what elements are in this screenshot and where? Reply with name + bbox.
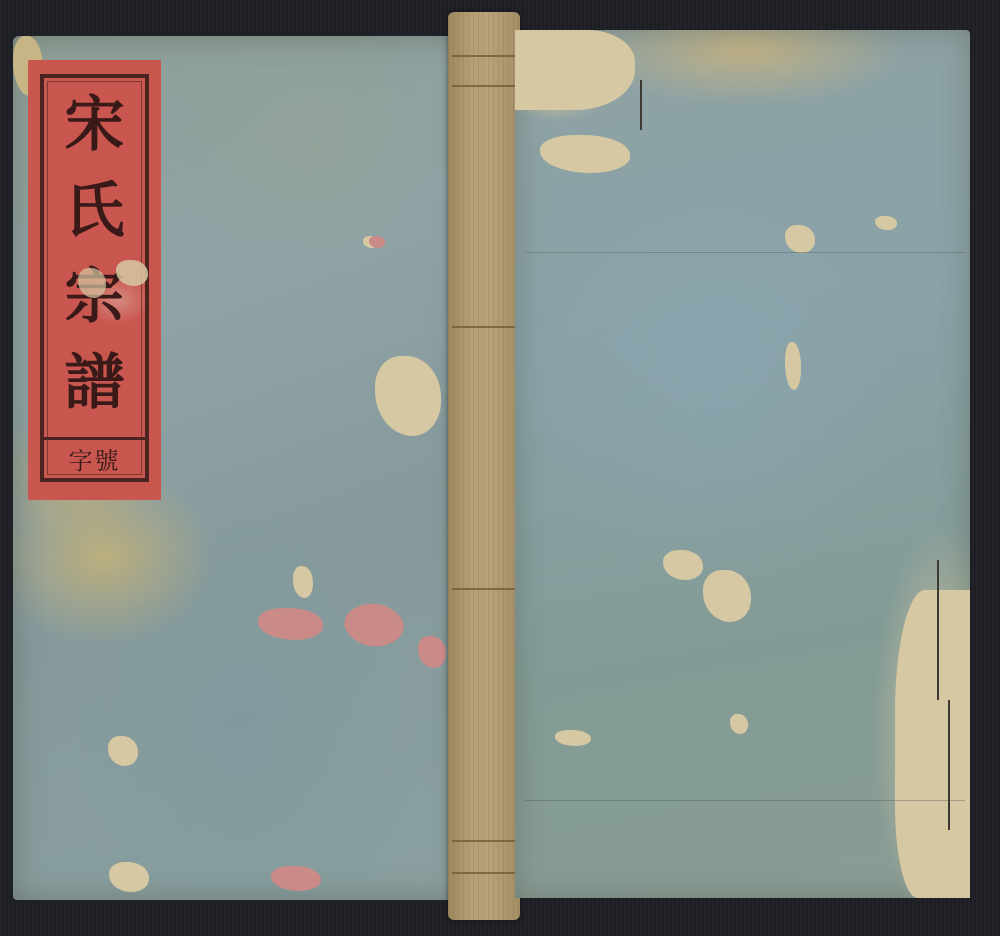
label-divider xyxy=(44,437,145,440)
page-edge-line xyxy=(948,700,950,830)
exposed-red-layer xyxy=(369,236,385,248)
book-spine xyxy=(448,12,520,920)
torn-patch xyxy=(540,135,630,173)
spine-stitch xyxy=(452,55,516,57)
torn-patch xyxy=(375,356,441,436)
spine-stitch xyxy=(452,872,516,874)
ink-mark xyxy=(640,80,642,130)
torn-patch xyxy=(730,714,748,734)
exposed-red-layer xyxy=(338,590,409,661)
torn-patch xyxy=(108,736,138,766)
title-label: 宋 氏 宗 譜 字號 xyxy=(28,60,161,500)
torn-patch xyxy=(703,570,751,622)
torn-patch xyxy=(555,730,591,746)
spine-stitch xyxy=(452,588,516,590)
exposed-red-layer xyxy=(418,636,446,668)
exposed-red-layer xyxy=(271,866,321,891)
book-cover-right xyxy=(515,30,970,898)
title-char: 譜 xyxy=(65,340,125,426)
torn-patch xyxy=(785,225,815,253)
worn-edge xyxy=(895,590,970,898)
exposed-red-layer xyxy=(258,608,323,640)
cover-crease xyxy=(525,252,965,253)
torn-patch xyxy=(663,550,703,580)
label-title: 宋 氏 宗 譜 xyxy=(28,82,161,426)
label-subtitle: 字號 xyxy=(28,441,161,476)
worn-area xyxy=(515,30,635,110)
torn-patch xyxy=(293,566,313,598)
spine-stitch xyxy=(452,326,516,328)
title-char: 宋 xyxy=(65,82,125,168)
page-edge-line xyxy=(937,560,939,700)
spine-stitch xyxy=(452,85,516,87)
spine-stitch xyxy=(452,840,516,842)
torn-patch xyxy=(109,862,149,892)
torn-patch xyxy=(875,216,897,230)
torn-patch xyxy=(785,342,801,390)
title-char: 氏 xyxy=(65,168,125,254)
cover-crease xyxy=(525,800,965,801)
